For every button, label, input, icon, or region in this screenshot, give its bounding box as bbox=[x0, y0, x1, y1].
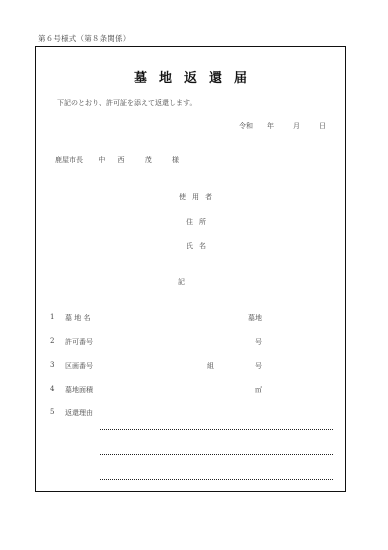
item-suffix: 号 bbox=[255, 361, 262, 371]
title-char: 地 bbox=[159, 67, 172, 86]
reason-line-1[interactable] bbox=[100, 429, 333, 430]
item-suffix: 号 bbox=[255, 337, 262, 347]
item-cemetery-name[interactable]: 1 墓 地 名 墓地 bbox=[50, 313, 330, 323]
document-title: 墓地返還届 bbox=[36, 67, 345, 86]
title-char: 返 bbox=[184, 67, 197, 86]
intro-text: 下記のとおり、許可証を添えて返還します。 bbox=[57, 98, 196, 108]
reason-line-2[interactable] bbox=[100, 454, 333, 455]
addressee-name-part: 茂 bbox=[145, 155, 152, 165]
title-char: 墓 bbox=[134, 67, 147, 86]
form-frame: 墓地返還届 下記のとおり、許可証を添えて返還します。 令和 年 月 日 鹿屋市長… bbox=[35, 46, 346, 492]
addressee-name-part: 中 bbox=[98, 155, 105, 165]
applicant-name-field[interactable]: 氏名 bbox=[186, 241, 212, 251]
date-day-field[interactable]: 日 bbox=[319, 121, 326, 131]
item-label: 墓地面積 bbox=[65, 385, 93, 395]
item-label: 許可番号 bbox=[65, 337, 93, 347]
item-permit-number[interactable]: 2 許可番号 号 bbox=[50, 337, 330, 347]
item-suffix: 墓地 bbox=[248, 313, 262, 323]
ki-heading: 記 bbox=[178, 277, 185, 287]
item-cemetery-area[interactable]: 4 墓地面積 ㎡ bbox=[50, 385, 330, 395]
addressee-honorific: 様 bbox=[172, 155, 179, 165]
title-char: 還 bbox=[209, 67, 222, 86]
date-month-field[interactable]: 月 bbox=[293, 121, 300, 131]
item-group-label: 組 bbox=[207, 361, 214, 371]
title-char: 届 bbox=[234, 67, 247, 86]
item-plot-number[interactable]: 3 区画番号 組 号 bbox=[50, 361, 330, 371]
addressee: 鹿屋市長 中 西 茂 様 bbox=[55, 155, 179, 165]
item-suffix: ㎡ bbox=[255, 385, 262, 395]
item-label: 墓 地 名 bbox=[65, 313, 90, 323]
reason-line-3[interactable] bbox=[100, 479, 333, 480]
addressee-name-part: 西 bbox=[117, 155, 124, 165]
item-number: 3 bbox=[50, 361, 54, 369]
item-label: 区画番号 bbox=[65, 361, 93, 371]
date-line: 令和 年 月 日 bbox=[239, 121, 326, 131]
addressee-title: 鹿屋市長 bbox=[55, 155, 83, 165]
form-number-label: 第６号様式（第８条関係） bbox=[38, 33, 130, 44]
applicant-address-field[interactable]: 住所 bbox=[186, 217, 212, 227]
item-number: 1 bbox=[50, 313, 54, 321]
item-number: 4 bbox=[50, 385, 54, 393]
date-year-field[interactable]: 年 bbox=[267, 121, 274, 131]
item-number: 5 bbox=[50, 408, 54, 416]
date-era: 令和 bbox=[239, 121, 253, 131]
item-return-reason: 5 返還理由 bbox=[50, 408, 330, 418]
item-label: 返還理由 bbox=[65, 408, 93, 418]
applicant-user-label: 使用者 bbox=[179, 192, 218, 202]
item-number: 2 bbox=[50, 337, 54, 345]
